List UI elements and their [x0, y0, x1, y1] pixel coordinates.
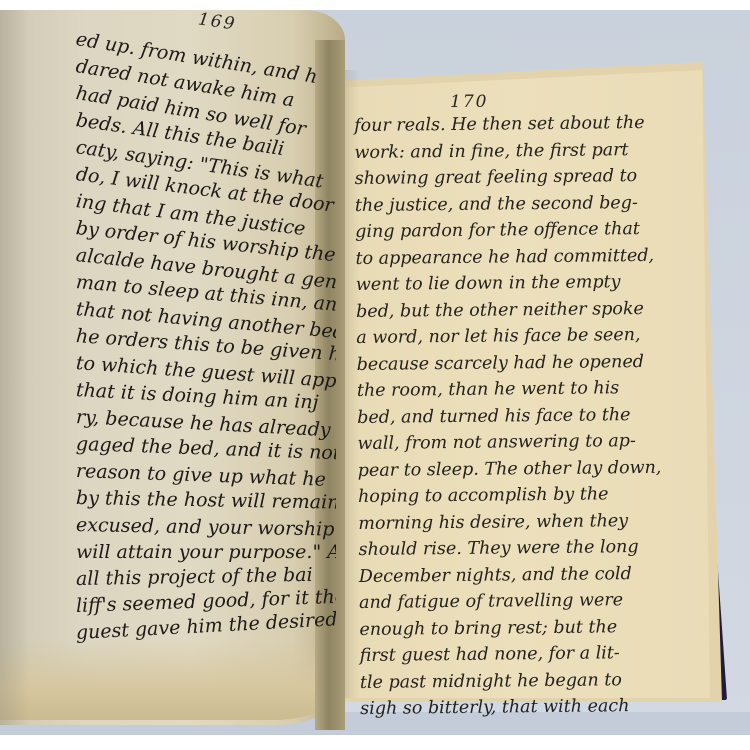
right-page-text: four reals. He then set about the work: …: [354, 109, 710, 722]
text-line: work: and in fine, the first part: [354, 136, 704, 166]
text-line: wall, from not answering to ap-: [357, 427, 707, 457]
text-line: because scarcely had he opened: [356, 348, 706, 378]
text-line: four reals. He then set about the: [354, 109, 704, 139]
text-line: hoping to accomplish by the: [358, 480, 708, 510]
text-line: pear to sleep. The other lay down,: [358, 454, 708, 484]
text-line: and fatigue of travelling were: [359, 586, 709, 616]
text-line: showing great feeling spread to: [355, 162, 705, 192]
text-line: morning his desire, when they: [358, 507, 708, 537]
text-line: a word, nor let his face be seen,: [356, 321, 706, 351]
page-number-right: 170: [450, 92, 488, 112]
left-page-text: ed up. from within, and h dared not awak…: [76, 26, 336, 686]
text-line: should rise. They were the long: [358, 533, 708, 563]
left-edge-shadow: [0, 10, 30, 725]
text-line: bed, but the other neither spoke: [356, 295, 706, 325]
text-line: ging pardon for the offence that: [355, 215, 705, 245]
text-line: bed, and turned his face to the: [357, 401, 707, 431]
text-line: first guest had none, for a lit-: [360, 639, 710, 669]
text-line: went to lie down in the empty: [356, 268, 706, 298]
text-line: sigh so bitterly, that with each: [360, 692, 710, 722]
text-line: December nights, and the cold: [359, 560, 709, 590]
text-line: enough to bring rest; but the: [359, 613, 709, 643]
text-line: the room, than he went to his: [357, 374, 707, 404]
text-line: to appearance he had committed,: [355, 242, 705, 272]
text-line: tle past midnight he began to: [360, 666, 710, 696]
text-line: the justice, and the second beg-: [355, 189, 705, 219]
